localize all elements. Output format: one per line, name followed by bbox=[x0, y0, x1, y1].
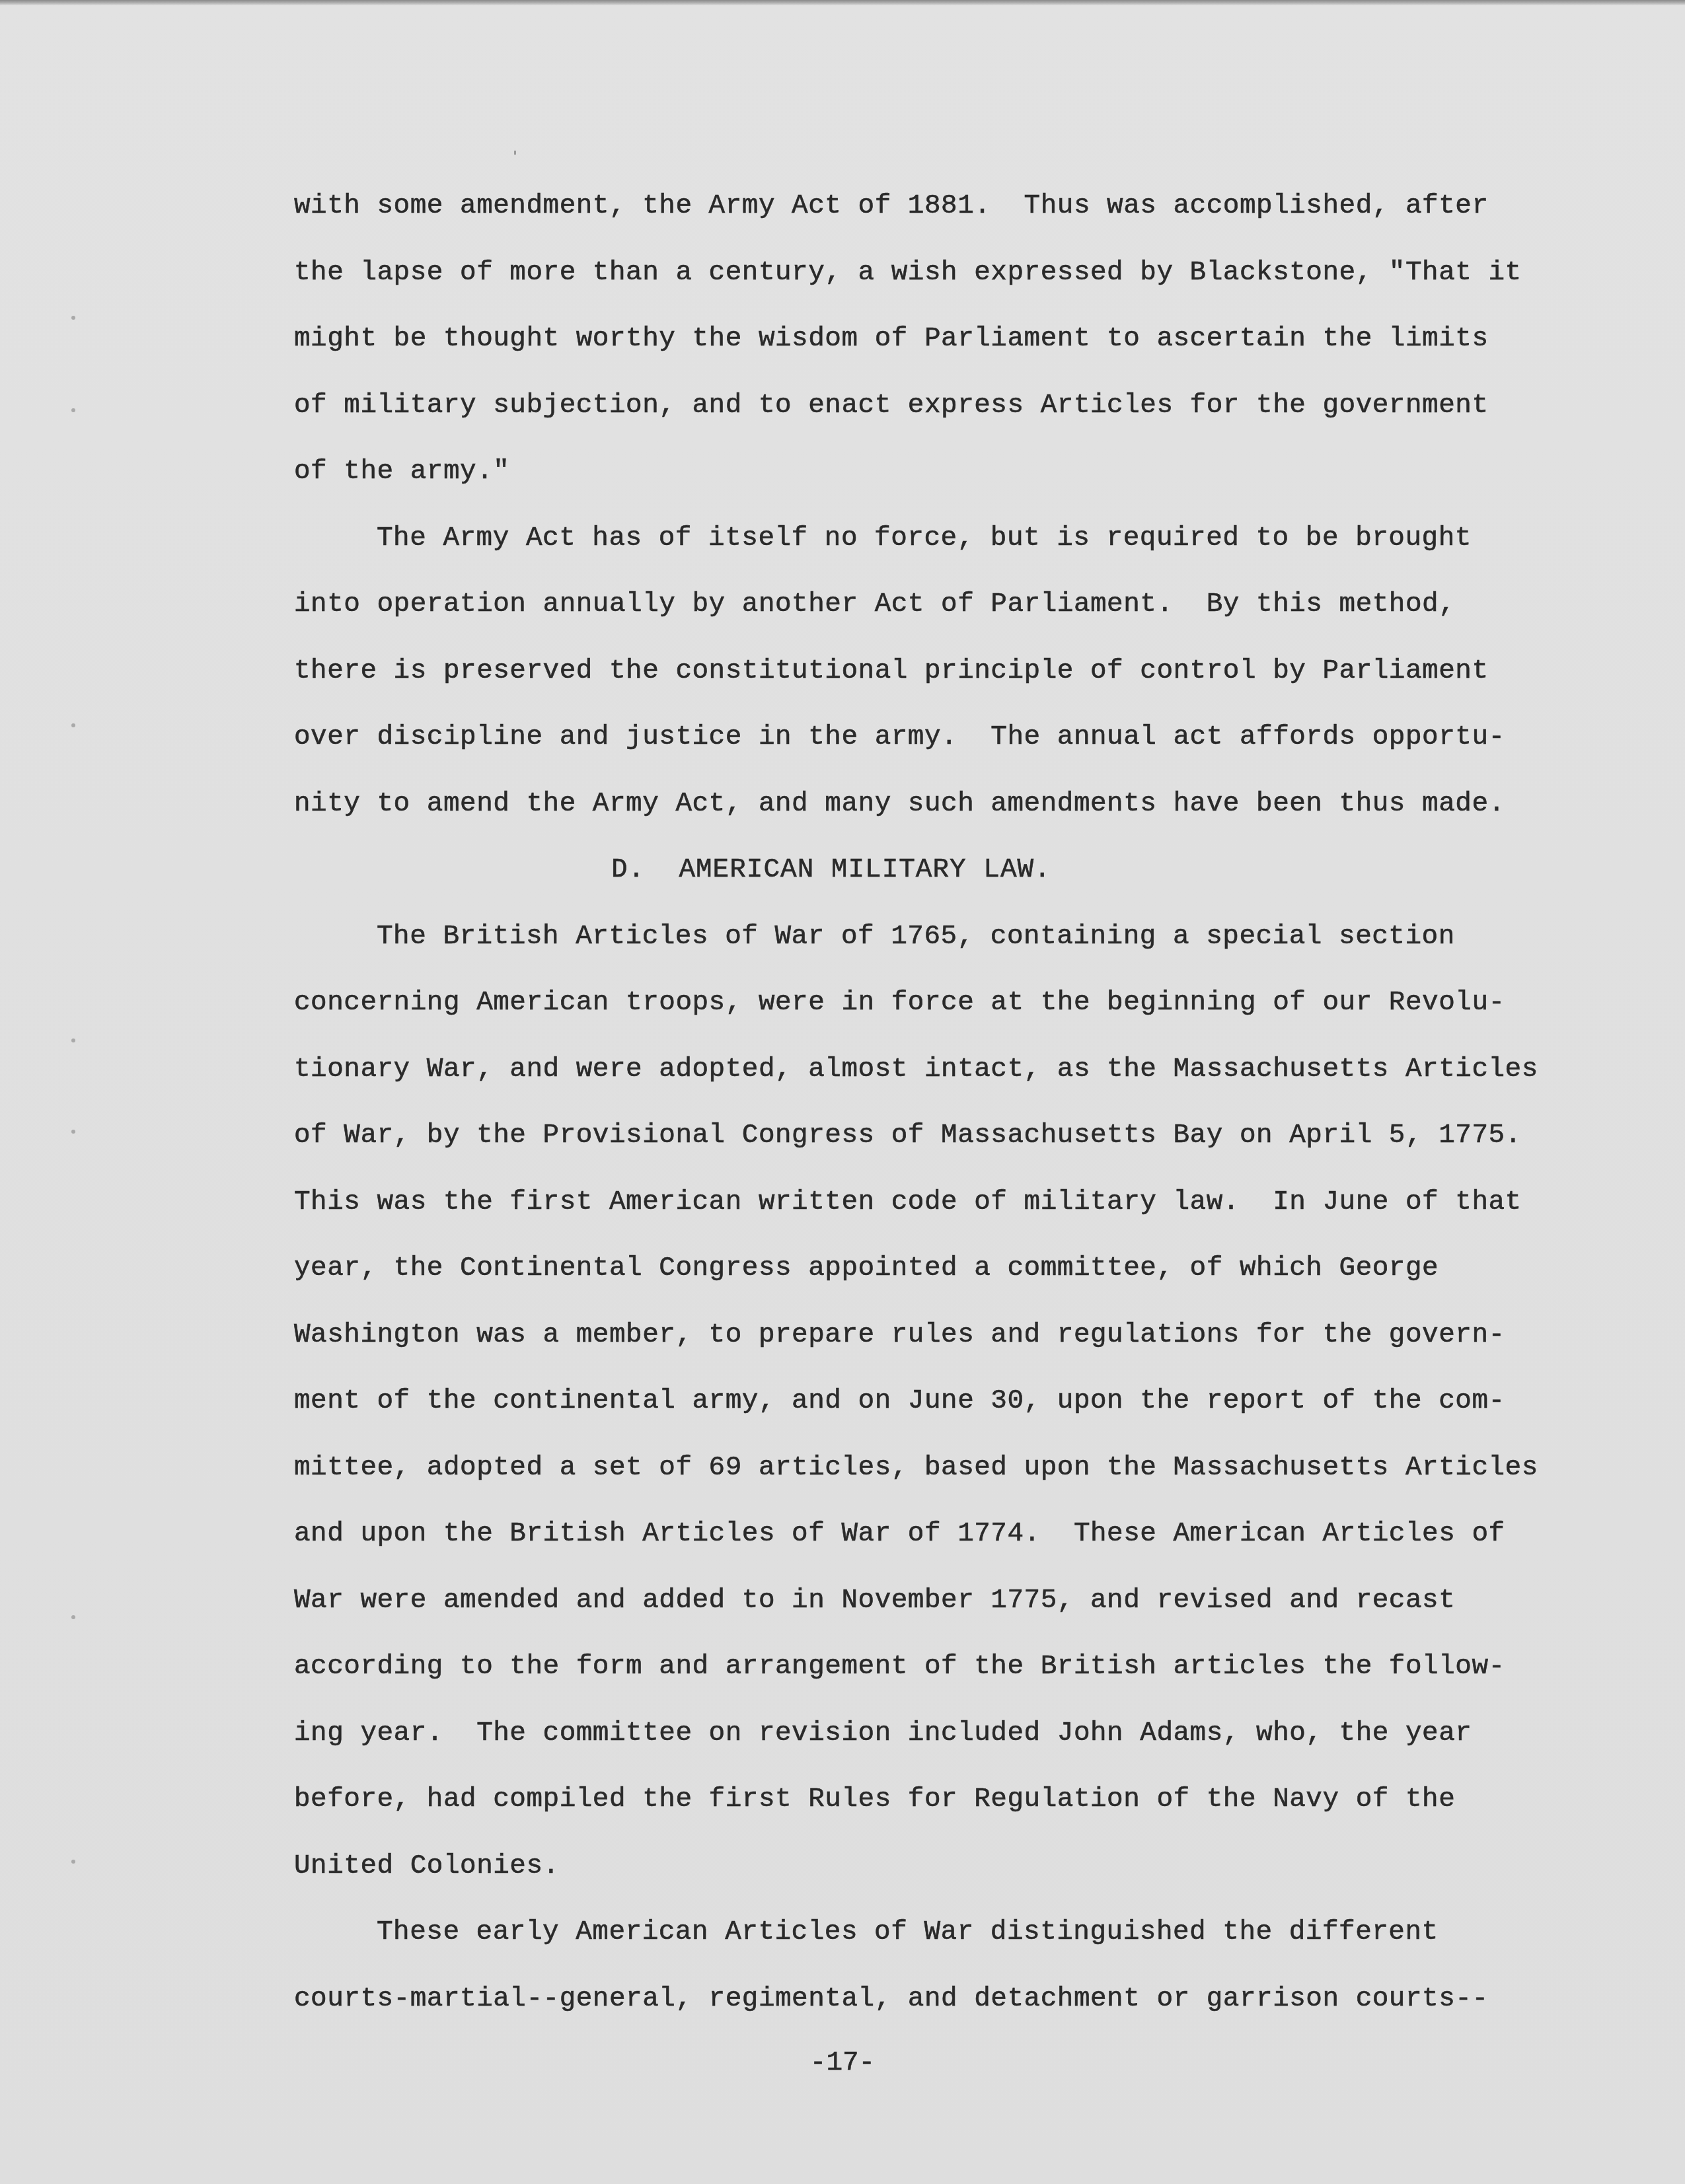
text-line: of the army." bbox=[294, 439, 1550, 505]
text-line: over discipline and justice in the army.… bbox=[294, 704, 1550, 771]
text-line: concerning American troops, were in forc… bbox=[294, 970, 1550, 1037]
text-line: of War, by the Provisional Congress of M… bbox=[294, 1103, 1550, 1169]
ink-speck bbox=[514, 151, 516, 155]
text-line: according to the form and arrangement of… bbox=[294, 1634, 1550, 1700]
text-line: courts-martial--general, regimental, and… bbox=[294, 1966, 1550, 2033]
text-line: nity to amend the Army Act, and many suc… bbox=[294, 771, 1550, 838]
text-line: into operation annually by another Act o… bbox=[294, 571, 1550, 638]
paragraph-start-line: The British Articles of War of 1765, con… bbox=[294, 904, 1550, 970]
margin-speck bbox=[71, 1130, 75, 1134]
text-line: ing year. The committee on revision incl… bbox=[294, 1700, 1550, 1767]
document-page: with some amendment, the Army Act of 188… bbox=[0, 0, 1685, 2184]
page-number: -17- bbox=[0, 2048, 1685, 2078]
margin-speck bbox=[71, 1860, 75, 1864]
text-line: This was the first American written code… bbox=[294, 1169, 1550, 1236]
text-line: there is preserved the constitutional pr… bbox=[294, 638, 1550, 705]
margin-speck bbox=[71, 1038, 75, 1042]
margin-speck bbox=[71, 316, 75, 320]
text-line: tionary War, and were adopted, almost in… bbox=[294, 1037, 1550, 1103]
text-line: War were amended and added to in Novembe… bbox=[294, 1568, 1550, 1634]
text-line: before, had compiled the first Rules for… bbox=[294, 1766, 1550, 1833]
text-line: United Colonies. bbox=[294, 1833, 1550, 1900]
text-line: the lapse of more than a century, a wish… bbox=[294, 240, 1550, 307]
margin-speck bbox=[71, 723, 75, 727]
margin-speck bbox=[71, 408, 75, 412]
paragraph-start-line: These early American Articles of War dis… bbox=[294, 1899, 1550, 1966]
section-heading: D. AMERICAN MILITARY LAW. bbox=[294, 837, 1550, 904]
paragraph-start-line: The Army Act has of itself no force, but… bbox=[294, 505, 1550, 572]
text-line: and upon the British Articles of War of … bbox=[294, 1501, 1550, 1568]
document-body: with some amendment, the Army Act of 188… bbox=[294, 173, 1550, 2032]
text-line: with some amendment, the Army Act of 188… bbox=[294, 173, 1550, 240]
text-line: year, the Continental Congress appointed… bbox=[294, 1235, 1550, 1302]
text-line: ment of the continental army, and on Jun… bbox=[294, 1368, 1550, 1435]
margin-speck bbox=[71, 1615, 75, 1619]
text-line: might be thought worthy the wisdom of Pa… bbox=[294, 306, 1550, 373]
text-line: mittee, adopted a set of 69 articles, ba… bbox=[294, 1435, 1550, 1502]
page-top-edge bbox=[0, 0, 1685, 5]
text-line: Washington was a member, to prepare rule… bbox=[294, 1302, 1550, 1369]
text-line: of military subjection, and to enact exp… bbox=[294, 373, 1550, 439]
